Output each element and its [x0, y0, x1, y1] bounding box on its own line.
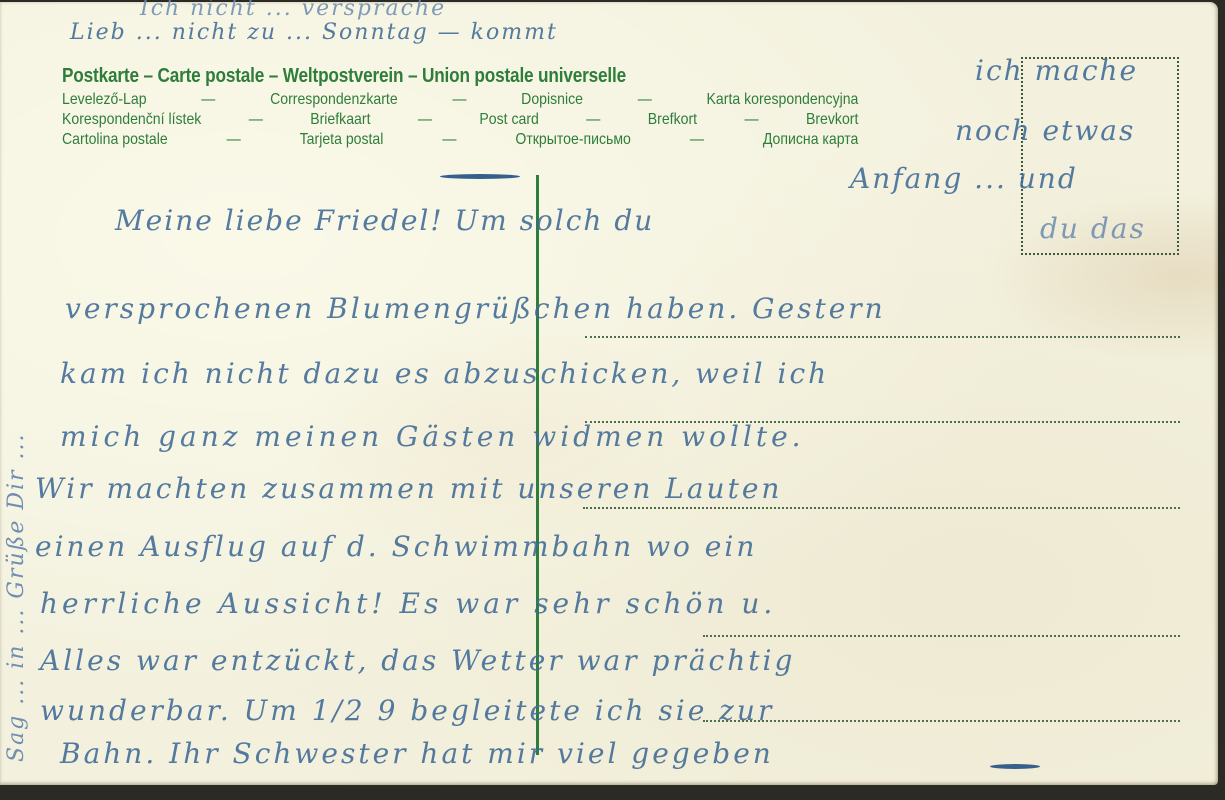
- handwriting-line-5: Wir machten zusammen mit unseren Lauten: [35, 472, 782, 505]
- handwriting-line-3: kam ich nicht dazu es abzuschicken, weil…: [60, 357, 829, 390]
- label-polish: Karta korespondencyjna: [707, 90, 859, 110]
- label-ukrainian: Дописна карта: [763, 130, 859, 150]
- separator: —: [227, 130, 241, 150]
- handwriting-right-2: noch etwas: [955, 114, 1135, 147]
- handwriting-right-1: ich mache: [975, 54, 1138, 87]
- header-row-1: Levelező-Lap — Correspondenzkarte — Dopi…: [62, 90, 858, 110]
- header-title: Postkarte – Carte postale – Weltpostvere…: [62, 62, 840, 90]
- label-croatian: Dopisnice: [521, 90, 583, 110]
- label-dutch: Briefkaart: [310, 110, 370, 130]
- handwriting-line-7: herrliche Aussicht! Es war sehr schön u.: [40, 587, 776, 620]
- label-german: Correspondenzkarte: [270, 90, 398, 110]
- handwriting-line-10: Bahn. Ihr Schwester hat mir viel gegeben: [60, 737, 774, 770]
- label-norwegian: Brevkort: [806, 110, 858, 130]
- address-line: [703, 720, 1180, 722]
- label-swedish: Brefkort: [648, 110, 697, 130]
- separator: —: [201, 90, 215, 110]
- handwriting-right-4: du das: [1040, 212, 1146, 245]
- separator: —: [442, 130, 456, 150]
- handwriting-line-9: wunderbar. Um 1/2 9 begleitete ich sie z…: [40, 694, 774, 727]
- postcard: Postkarte – Carte postale – Weltpostvere…: [0, 2, 1218, 785]
- separator: —: [586, 110, 600, 130]
- handwriting-margin: Sag ... in ... Grüße Dir ...: [4, 432, 29, 762]
- handwriting-line-1: Meine liebe Friedel! Um solch du: [115, 204, 654, 237]
- separator: —: [249, 110, 263, 130]
- handwriting-line-2: versprochenen Blumengrüßchen haben. Gest…: [65, 292, 886, 325]
- label-spanish: Tarjeta postal: [300, 130, 384, 150]
- separator: —: [744, 110, 758, 130]
- separator: —: [690, 130, 704, 150]
- label-russian: Открытое-письмо: [515, 130, 631, 150]
- label-hungarian: Levelező-Lap: [62, 90, 147, 110]
- separator: —: [452, 90, 466, 110]
- label-english: Post card: [479, 110, 538, 130]
- header-row-2: Korespondenční lístek — Briefkaart — Pos…: [62, 110, 858, 130]
- ink-stroke: [440, 174, 520, 179]
- address-line: [583, 507, 1180, 509]
- handwriting-line-8: Alles war entzückt, das Wetter war präch…: [40, 644, 795, 677]
- address-line: [703, 635, 1180, 637]
- handwriting-top-2: Lieb ... nicht zu ... Sonntag — kommt: [70, 20, 558, 45]
- handwriting-line-6: einen Ausflug auf d. Schwimmbahn wo ein: [35, 530, 757, 563]
- ink-stroke: [990, 764, 1040, 769]
- handwriting-right-3: Anfang ... und: [850, 162, 1078, 195]
- handwriting-top-1: Ich nicht ... verspräche: [140, 0, 446, 21]
- separator: —: [418, 110, 432, 130]
- label-czech: Korespondenční lístek: [62, 110, 201, 130]
- printed-header: Postkarte – Carte postale – Weltpostvere…: [62, 62, 967, 150]
- handwriting-line-4: mich ganz meinen Gästen widmen wollte.: [60, 420, 805, 453]
- separator: —: [638, 90, 652, 110]
- address-line: [585, 336, 1180, 338]
- label-italian: Cartolina postale: [62, 130, 168, 150]
- header-row-3: Cartolina postale — Tarjeta postal — Отк…: [62, 130, 858, 150]
